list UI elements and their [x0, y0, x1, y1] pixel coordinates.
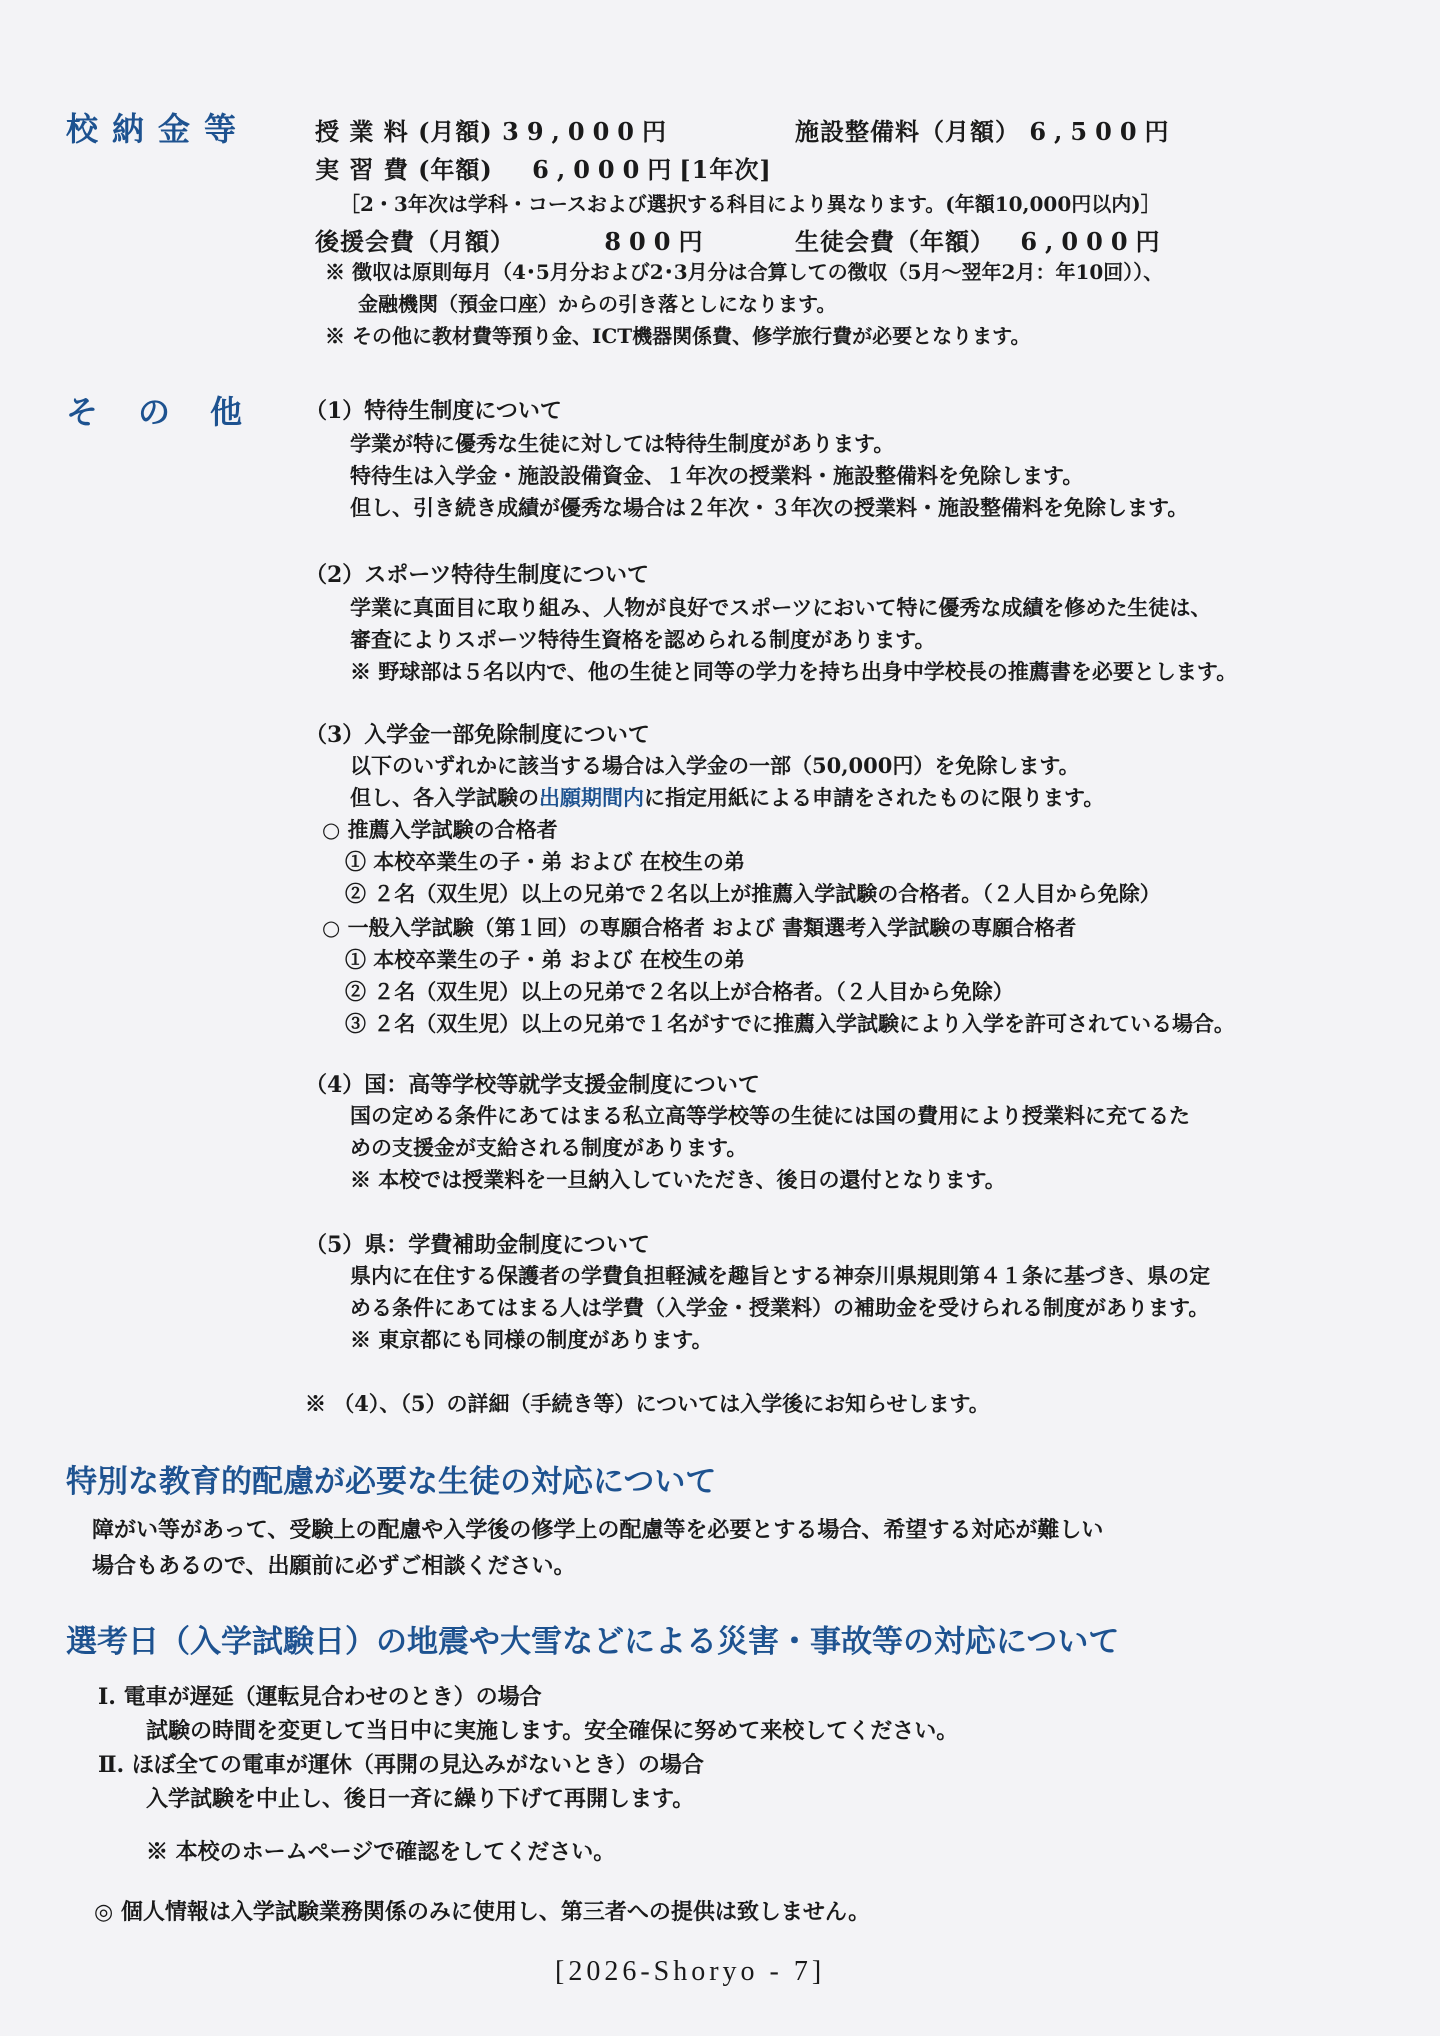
group-1-heading: ○ 推薦入学試験の合格者 — [322, 814, 558, 846]
item-4-line: 国の定める条件にあてはまる私立高等学校等の生徒には国の費用により授業料に充てるた — [350, 1100, 1190, 1132]
disaster-case-body: 入学試験を中止し、後日一斉に繰り下げて再開します。 — [98, 1782, 704, 1816]
homepage-note: ※ 本校のホームページで確認をしてください。 — [146, 1836, 615, 1868]
item-5-line: ※ 東京都にも同様の制度があります。 — [350, 1324, 1210, 1356]
item-4-line: ※ 本校では授業料を一旦納入していただき、後日の還付となります。 — [350, 1164, 1190, 1196]
item-1-line: 学業が特に優秀な生徒に対しては特待生制度があります。 — [350, 428, 1188, 460]
item-4-body: 国の定める条件にあてはまる私立高等学校等の生徒には国の費用により授業料に充てるた… — [350, 1100, 1190, 1196]
group-2-entry: ② ２名（双生児）以上の兄弟で２名以上が合格者。（２人目から免除） — [345, 976, 1235, 1008]
item-1-line: 但し、引き続き成績が優秀な場合は２年次・３年次の授業料・施設整備料を免除します。 — [350, 492, 1188, 524]
facility-amount: 6,500円 — [1029, 117, 1176, 146]
item-2-line: 学業に真面目に取り組み、人物が良好でスポーツにおいて特に優秀な成績を修めた生徒は… — [350, 592, 1237, 624]
fees-note-2: ※ その他に教材費等預り金、ICT機器関係費、修学旅行費が必要となります。 — [325, 320, 1031, 349]
special-needs-line: 場合もあるので、出願前に必ずご相談ください。 — [92, 1548, 1103, 1584]
special-needs-heading: 特別な教育的配慮が必要な生徒の対応について — [66, 1456, 716, 1501]
support-label: 後援会費（月額） — [315, 227, 515, 256]
item-2-line: 審査によりスポーツ特待生資格を認められる制度があります。 — [350, 624, 1237, 656]
group-2-entry: ③ ２名（双生児）以上の兄弟で１名がすでに推薦入学試験により入学を許可されている… — [345, 1008, 1235, 1040]
item-5-body: 県内に在住する保護者の学費負担軽減を趣旨とする神奈川県規則第４１条に基づき、県の… — [350, 1260, 1210, 1356]
item-5-title: （5）県：学費補助金制度について — [305, 1228, 650, 1259]
disaster-heading: 選考日（入学試験日）の地震や大雪などによる災害・事故等の対応について — [66, 1616, 1119, 1661]
special-needs-line: 障がい等があって、受験上の配慮や入学後の修学上の配慮等を必要とする場合、希望する… — [92, 1512, 1103, 1548]
item-3-line: 以下のいずれかに該当する場合は入学金の一部（50,000円）を免除します。 — [350, 750, 1104, 782]
support-fee: 後援会費（月額） 800円 — [315, 222, 710, 257]
practice-label: 実 習 費 (年額) — [315, 155, 493, 184]
facility-label: 施設整備料（月額） — [795, 117, 1020, 146]
fees-section-label: 校納金等 — [66, 104, 250, 150]
item-2-title: （2）スポーツ特待生制度について — [305, 558, 649, 589]
practice-fee: 実 習 費 (年額) 6,000円[1年次] — [315, 150, 772, 185]
disaster-case-title: Ⅱ. ほぼ全ての電車が運休（再開の見込みがないとき）の場合 — [98, 1748, 704, 1782]
practice-note: [1年次] — [679, 155, 771, 184]
items-4-5-footnote: ※ （4）、（5）の詳細（手続き等）については入学後にお知らせします。 — [305, 1388, 990, 1420]
student-council-label: 生徒会費（年額） — [795, 227, 995, 256]
tuition-label: 授 業 料 (月額) — [315, 117, 493, 146]
support-amount: 800円 — [604, 227, 710, 256]
item-3-line-2: 但し、各入学試験の出願期間内に指定用紙による申請をされたものに限ります。 — [350, 782, 1104, 814]
item-2-line: ※ 野球部は５名以内で、他の生徒と同等の学力を持ち出身中学校長の推薦書を必要とし… — [350, 656, 1237, 688]
tuition-fee: 授 業 料 (月額) 39,000円 — [315, 112, 674, 147]
item-2-body: 学業に真面目に取り組み、人物が良好でスポーツにおいて特に優秀な成績を修めた生徒は… — [350, 592, 1237, 688]
disaster-case-title: Ⅰ. 電車が遅延（運転見合わせのとき）の場合 — [98, 1680, 958, 1714]
tuition-amount: 39,000円 — [502, 117, 674, 146]
fees-note-1-cont: 金融機関（預金口座）からの引き落としになります。 — [358, 288, 836, 317]
item-1-title: （1）特待生制度について — [305, 394, 562, 425]
item-4-line: めの支援金が支給される制度があります。 — [350, 1132, 1190, 1164]
disaster-case-body: 試験の時間を変更して当日中に実施します。安全確保に努めて来校してください。 — [98, 1714, 958, 1748]
page-code: [2026-Shoryo - 7] — [555, 1956, 825, 1988]
application-period-highlight: 出願期間内 — [539, 785, 644, 810]
student-council-amount: 6,000円 — [1020, 227, 1167, 256]
special-needs-body: 障がい等があって、受験上の配慮や入学後の修学上の配慮等を必要とする場合、希望する… — [92, 1512, 1103, 1584]
item-1-body: 学業が特に優秀な生徒に対しては特待生制度があります。 特待生は入学金・施設設備資… — [350, 428, 1188, 524]
facility-fee: 施設整備料（月額） 6,500円 — [795, 112, 1177, 147]
practice-note-2: ［2・3年次は学科・コースおよび選択する科目により異なります。(年額10,000… — [340, 188, 1161, 217]
item-5-line: める条件にあてはまる人は学費（入学金・授業料）の補助金を受けられる制度があります… — [350, 1292, 1210, 1324]
group-1-entry: ① 本校卒業生の子・弟 および 在校生の弟 — [345, 846, 1161, 878]
student-council-fee: 生徒会費（年額） 6,000円 — [795, 222, 1168, 257]
group-1-entry: ② ２名（双生児）以上の兄弟で２名以上が推薦入学試験の合格者。（２人目から免除） — [345, 878, 1161, 910]
item-1-line: 特待生は入学金・施設設備資金、１年次の授業料・施設整備料を免除します。 — [350, 460, 1188, 492]
group-2-heading: ○ 一般入学試験（第１回）の専願合格者 および 書類選考入学試験の専願合格者 — [322, 912, 1076, 944]
item-3-title: （3）入学金一部免除制度について — [305, 718, 650, 749]
practice-amount: 6,000円 — [532, 155, 679, 184]
item-4-title: （4）国：高等学校等就学支援金制度について — [305, 1068, 760, 1099]
item-3-body: 以下のいずれかに該当する場合は入学金の一部（50,000円）を免除します。 但し… — [350, 750, 1104, 814]
other-section-label: その他 — [66, 387, 282, 433]
group-1-list: ① 本校卒業生の子・弟 および 在校生の弟 ② ２名（双生児）以上の兄弟で２名以… — [345, 846, 1161, 910]
group-2-list: ① 本校卒業生の子・弟 および 在校生の弟 ② ２名（双生児）以上の兄弟で２名以… — [345, 944, 1235, 1040]
group-2-entry: ① 本校卒業生の子・弟 および 在校生の弟 — [345, 944, 1235, 976]
fees-note-1: ※ 徴収は原則毎月（4･5月分および2･3月分は合算しての徴収（5月～翌年2月：… — [325, 256, 1163, 285]
item-5-line: 県内に在住する保護者の学費負担軽減を趣旨とする神奈川県規則第４１条に基づき、県の… — [350, 1260, 1210, 1292]
privacy-notice: ◎ 個人情報は入学試験業務関係のみに使用し、第三者への提供は致しません。 — [94, 1896, 870, 1928]
disaster-case-2: Ⅱ. ほぼ全ての電車が運休（再開の見込みがないとき）の場合 入学試験を中止し、後… — [98, 1748, 704, 1816]
disaster-case-1: Ⅰ. 電車が遅延（運転見合わせのとき）の場合 試験の時間を変更して当日中に実施し… — [98, 1680, 958, 1748]
